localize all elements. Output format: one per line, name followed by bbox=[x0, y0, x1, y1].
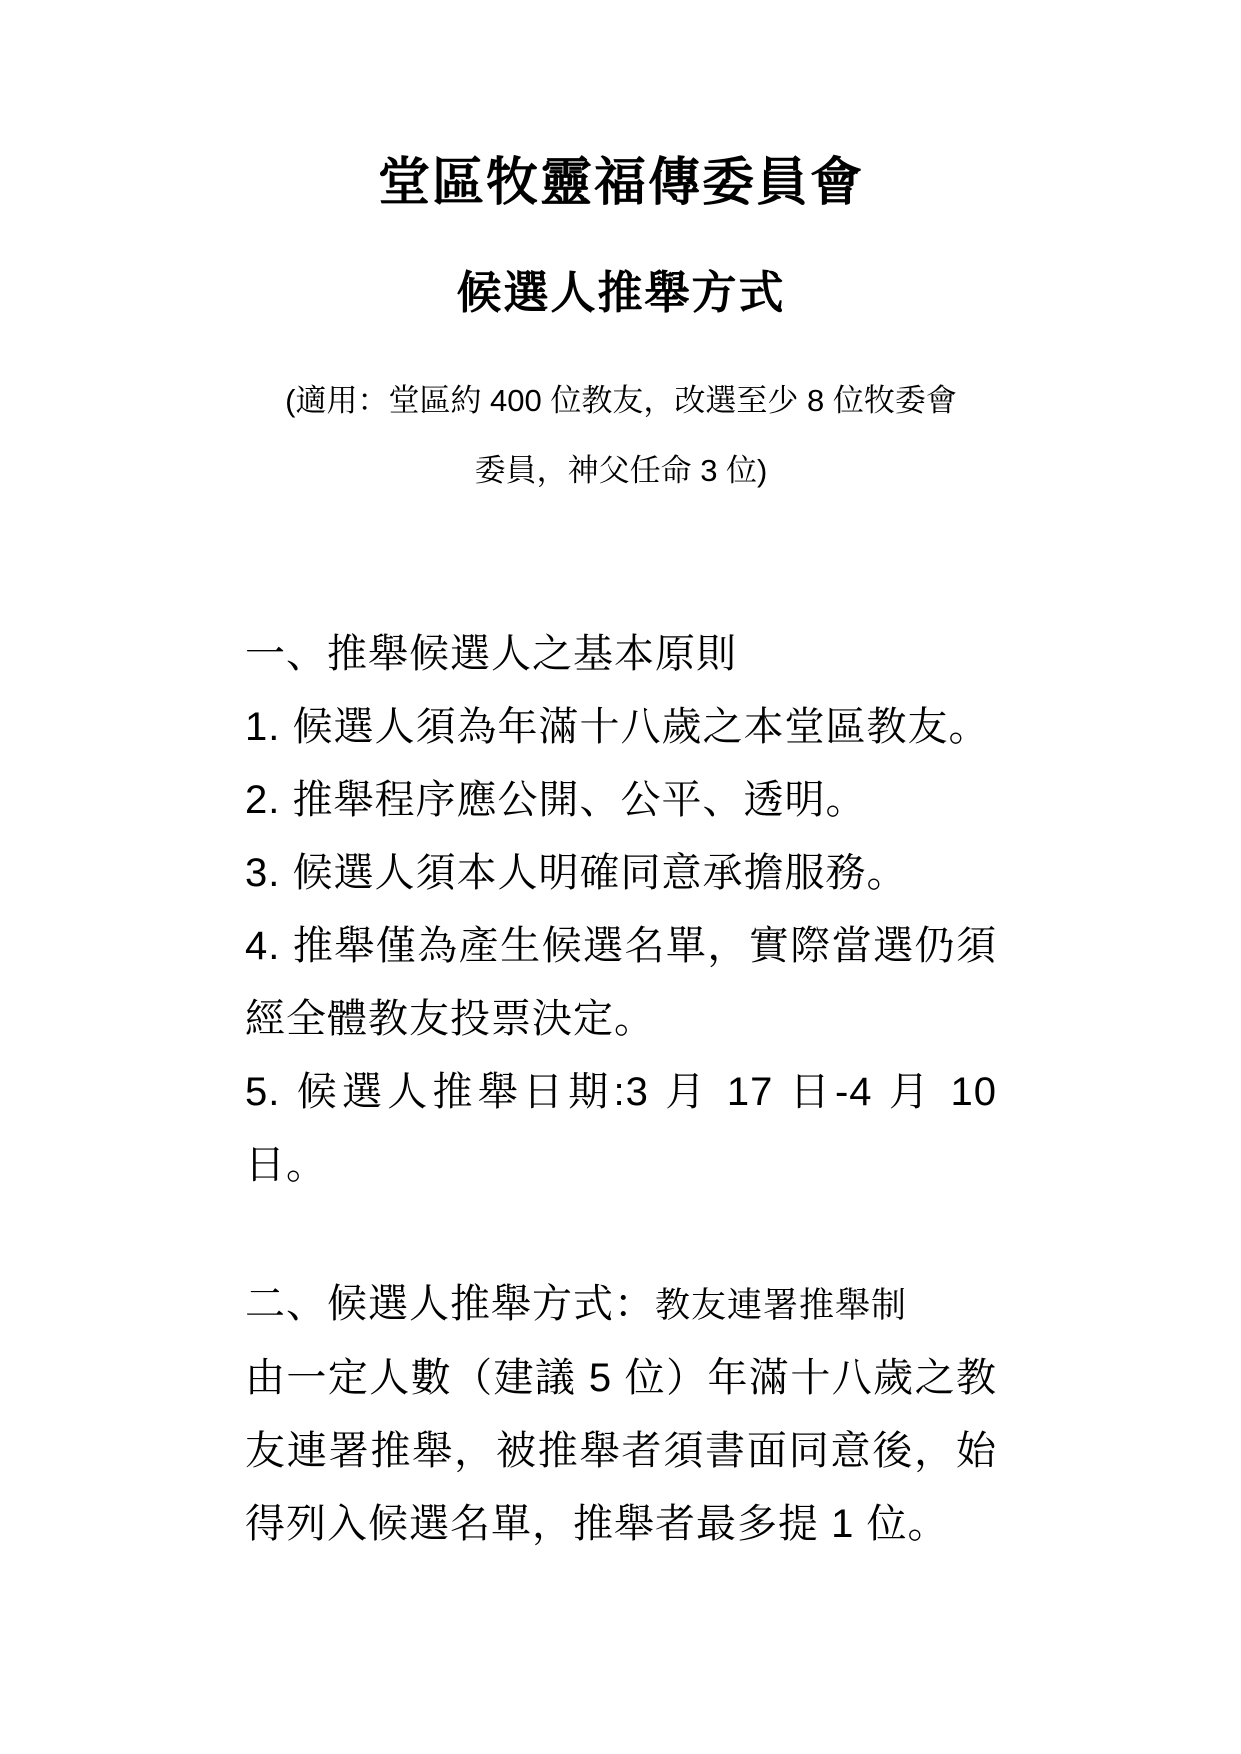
rule-item-4: 4. 推舉僅為產生候選名單，實際當選仍須經全體教友投票決定。 bbox=[245, 910, 997, 1056]
rules-list: 1. 候選人須為年滿十八歲之本堂區教友。 2. 推舉程序應公開、公平、透明。 3… bbox=[245, 691, 997, 1202]
document-content: 堂區牧靈福傳委員會 候選人推舉方式 (適用：堂區約 400 位教友，改選至少 8… bbox=[245, 0, 997, 1561]
section-1-heading: 一、推舉候選人之基本原則 bbox=[245, 618, 997, 691]
applicability-note: (適用：堂區約 400 位教友，改選至少 8 位牧委會 委員，神父任命 3 位) bbox=[245, 366, 997, 506]
section-basic-principles: 一、推舉候選人之基本原則 1. 候選人須為年滿十八歲之本堂區教友。 2. 推舉程… bbox=[245, 618, 997, 1202]
rule-item-1: 1. 候選人須為年滿十八歲之本堂區教友。 bbox=[245, 691, 997, 764]
document-page: 堂區牧靈福傳委員會 候選人推舉方式 (適用：堂區約 400 位教友，改選至少 8… bbox=[0, 0, 1241, 1754]
rule-item-5: 5. 候選人推舉日期:3 月 17 日-4 月 10 日。 bbox=[245, 1056, 997, 1202]
section-2-heading: 二、候選人推舉方式：教友連署推舉制 bbox=[245, 1268, 997, 1342]
rule-item-2: 2. 推舉程序應公開、公平、透明。 bbox=[245, 764, 997, 837]
section-2-heading-sub: 教友連署推舉制 bbox=[655, 1286, 907, 1325]
document-subtitle: 候選人推舉方式 bbox=[245, 266, 997, 320]
document-title: 堂區牧靈福傳委員會 bbox=[245, 152, 997, 214]
section-nomination-method: 二、候選人推舉方式：教友連署推舉制 由一定人數（建議 5 位）年滿十八歲之教友連… bbox=[245, 1268, 997, 1561]
section-2-heading-main: 二、候選人推舉方式： bbox=[245, 1282, 655, 1326]
applicability-note-line1: (適用：堂區約 400 位教友，改選至少 8 位牧委會 bbox=[245, 366, 997, 436]
applicability-note-line2: 委員，神父任命 3 位) bbox=[245, 436, 997, 506]
rule-item-3: 3. 候選人須本人明確同意承擔服務。 bbox=[245, 837, 997, 910]
section-2-paragraph: 由一定人數（建議 5 位）年滿十八歲之教友連署推舉，被推舉者須書面同意後，始得列… bbox=[245, 1342, 997, 1561]
